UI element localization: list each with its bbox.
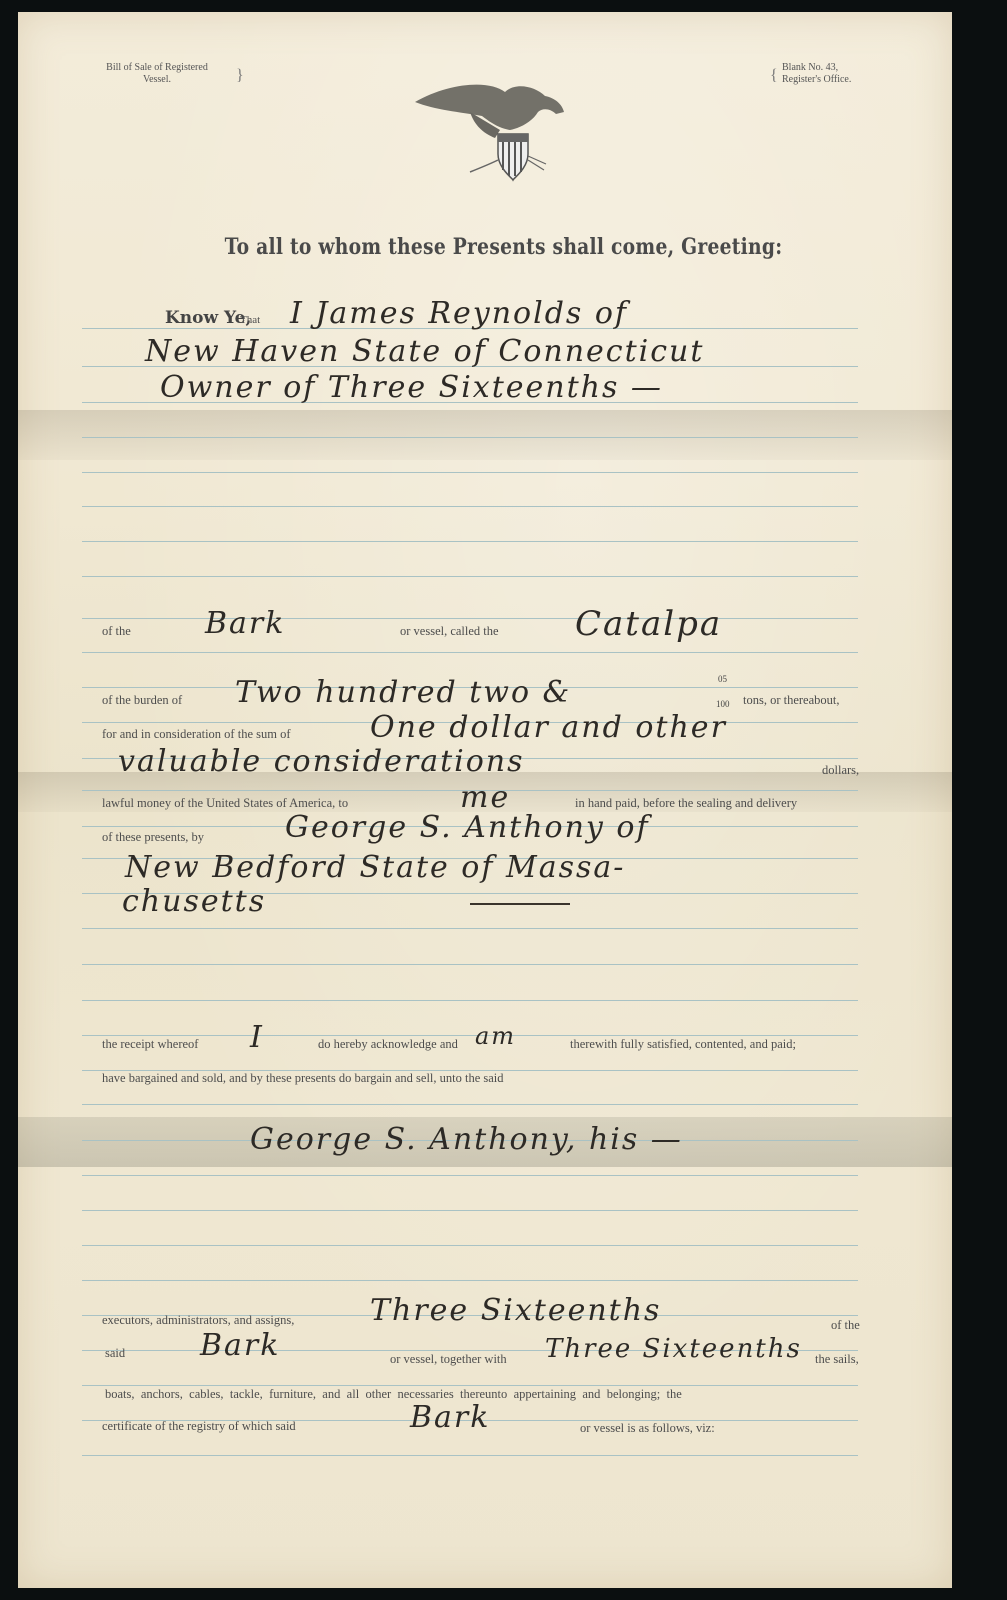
consideration-label: for and in consideration of the sum of: [102, 727, 291, 742]
burden-fraction-numerator: 05: [718, 674, 727, 684]
eagle-with-shield-icon: [410, 72, 570, 192]
grantor-line-2: New Haven State of Connecticut: [145, 334, 704, 369]
registers-office: Register's Office.: [760, 74, 880, 86]
vessel-type-3: Bark: [410, 1400, 490, 1435]
bargained-label: have bargained and sold, and by these pr…: [102, 1071, 504, 1086]
fold-crease: [18, 410, 952, 460]
consideration-line-2: valuable considerations: [118, 744, 525, 779]
greeting-heading: To all to whom these Presents shall come…: [76, 234, 932, 260]
blank-number-note: Blank No. 43, Register's Office.: [760, 62, 880, 86]
of-the-label: of the: [102, 624, 131, 639]
share-2: Three Sixteenths: [545, 1334, 802, 1364]
vessel-name: Catalpa: [575, 604, 722, 644]
satisfied-label: therewith fully satisfied, contented, an…: [570, 1037, 796, 1052]
burden-value: Two hundred two &: [235, 675, 571, 710]
dollars-label: dollars,: [822, 763, 859, 778]
grantee-line-3: chusetts: [122, 884, 266, 919]
grantee-repeat: George S. Anthony, his —: [250, 1122, 683, 1157]
receipt-label: the receipt whereof: [102, 1037, 198, 1052]
blank-number: Blank No. 43,: [760, 62, 880, 74]
that-label: That: [240, 314, 260, 326]
presents-by-label: of these presents, by: [102, 830, 204, 845]
lawful-money-label: lawful money of the United States of Ame…: [102, 796, 348, 811]
grantee-line-2: New Bedford State of Massa-: [125, 850, 625, 885]
grantor-line-3: Owner of Three Sixteenths —: [160, 370, 663, 405]
know-ye-label: Know Ye,: [165, 308, 251, 328]
necessaries-label: boats, anchors, cables, tackle, furnitur…: [105, 1387, 682, 1402]
form-title-line1: Bill of Sale of Registered: [82, 62, 232, 74]
of-the-label-2: of the: [831, 1318, 860, 1333]
sails-label: the sails,: [815, 1352, 859, 1367]
burden-fraction-denominator: 100: [716, 699, 730, 709]
or-vessel-called-label: or vessel, called the: [400, 624, 499, 639]
acknowledge-label: do hereby acknowledge and: [318, 1037, 458, 1052]
blank-dash: [470, 903, 570, 905]
in-hand-paid-label: in hand paid, before the sealing and del…: [575, 796, 797, 811]
acknowledge-verb: am: [475, 1022, 516, 1050]
form-title-line2: Vessel.: [82, 74, 232, 86]
tons-label: tons, or thereabout,: [743, 693, 840, 708]
as-follows-label: or vessel is as follows, viz:: [580, 1421, 715, 1436]
executors-label: executors, administrators, and assigns,: [102, 1313, 294, 1328]
certificate-label: certificate of the registry of which sai…: [102, 1419, 296, 1434]
receipt-subject: I: [250, 1020, 264, 1055]
burden-label: of the burden of: [102, 693, 182, 708]
share-1: Three Sixteenths: [370, 1293, 661, 1328]
consideration-line-1: One dollar and other: [370, 710, 727, 745]
grantee-line-1: George S. Anthony of: [285, 810, 650, 845]
brace-icon: }: [236, 70, 244, 82]
together-with-label: or vessel, together with: [390, 1352, 507, 1367]
vessel-type: Bark: [205, 606, 285, 641]
said-label: said: [105, 1346, 125, 1361]
form-title-note: Bill of Sale of Registered Vessel.: [82, 62, 232, 86]
vessel-type-2: Bark: [200, 1328, 280, 1363]
grantor-line-1: I James Reynolds of: [290, 296, 628, 331]
